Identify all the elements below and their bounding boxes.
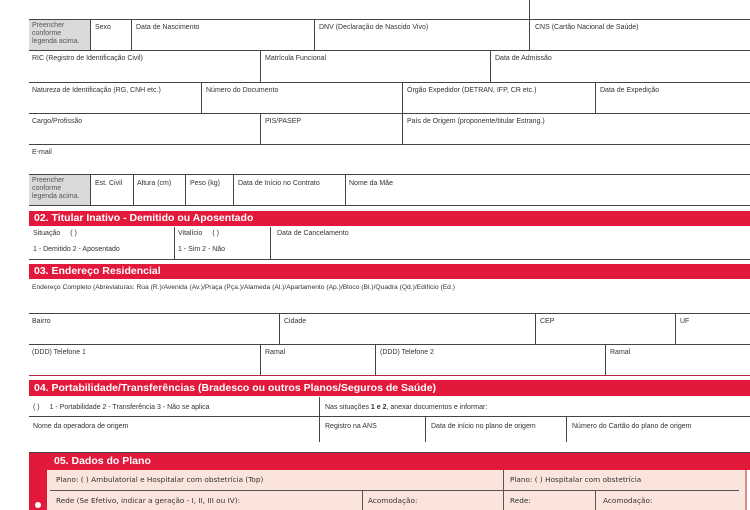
divider xyxy=(279,313,280,344)
divider xyxy=(595,490,596,510)
ramal2-field[interactable]: Ramal xyxy=(610,348,630,357)
divider xyxy=(29,50,750,51)
dnv-field[interactable]: DNV (Declaração de Nascido Vivo) xyxy=(319,23,428,32)
divider xyxy=(233,175,234,205)
situacao-text: Situação xyxy=(33,230,60,237)
divider xyxy=(314,20,315,50)
divider xyxy=(529,20,530,50)
divider xyxy=(402,113,403,144)
divider xyxy=(29,205,750,206)
note-suffix: , anexar documentos e informar: xyxy=(387,404,488,411)
divider xyxy=(595,82,596,113)
acomodacao-hospitalar-field[interactable]: Acomodação: xyxy=(603,496,652,506)
divider xyxy=(402,82,403,113)
numero-documento-field[interactable]: Número do Documento xyxy=(206,86,278,95)
divider xyxy=(133,175,134,205)
divider xyxy=(201,82,202,113)
situacao-checkbox[interactable]: ( ) xyxy=(70,230,77,237)
situacao-label: Situação ( ) xyxy=(33,229,77,238)
divider xyxy=(346,19,750,20)
legend-note-cell: Preencher conforme legenda acima. xyxy=(29,20,90,50)
note-bold: 1 e 2 xyxy=(371,404,387,411)
data-admissao-field[interactable]: Data de Admissão xyxy=(495,54,552,63)
cns-field[interactable]: CNS (Cartão Nacional de Saúde) xyxy=(535,23,639,32)
orgao-expedidor-field[interactable]: Órgão Expedidor (DETRAN, IFP, CR etc.) xyxy=(407,86,536,95)
endereco-completo-field[interactable]: Endereço Completo (Abreviaturas: Rua (R.… xyxy=(32,283,455,292)
data-expedicao-field[interactable]: Data de Expedição xyxy=(600,86,659,95)
divider xyxy=(29,144,750,145)
divider xyxy=(185,175,186,205)
divider xyxy=(50,490,503,491)
nome-operadora-field[interactable]: Nome da operadora de origem xyxy=(33,422,128,431)
divider xyxy=(90,20,91,50)
top-cell-divider xyxy=(529,0,530,19)
divider xyxy=(29,416,750,417)
pis-pasep-field[interactable]: PIS/PASEP xyxy=(265,117,301,126)
divider xyxy=(503,490,739,491)
peso-field[interactable]: Peso (kg) xyxy=(190,179,220,188)
altura-field[interactable]: Altura (cm) xyxy=(137,179,171,188)
portabilidade-options: ( ) 1 - Portabilidade 2 - Transferência … xyxy=(33,403,209,412)
data-cancelamento-field[interactable]: Data de Cancelamento xyxy=(277,229,349,238)
registro-ans-field[interactable]: Registro na ANS xyxy=(325,422,377,431)
section-03-header: 03. Endereço Residencial xyxy=(29,264,750,279)
section-05-right-edge xyxy=(745,470,747,510)
divider xyxy=(535,313,536,344)
vitalicio-checkbox[interactable]: ( ) xyxy=(212,230,219,237)
portabilidade-note: Nas situações 1 e 2, anexar documentos e… xyxy=(325,403,487,412)
vitalicio-text: Vitalício xyxy=(178,230,202,237)
divider xyxy=(260,344,261,375)
data-inicio-contrato-field[interactable]: Data de Início no Contrato xyxy=(238,179,320,188)
divider xyxy=(260,50,261,82)
divider xyxy=(345,175,346,205)
section-05-header: 05. Dados do Plano xyxy=(47,453,750,470)
portabilidade-checkbox[interactable]: ( ) xyxy=(33,404,40,411)
divider xyxy=(29,174,750,175)
legend-note: Preencher conforme legenda acima. xyxy=(29,20,87,48)
cep-field[interactable]: CEP xyxy=(540,317,554,326)
divider xyxy=(29,313,750,314)
plano-hospitalar-option[interactable]: Plano: ( ) Hospitalar com obstetrícia xyxy=(510,475,641,485)
divider xyxy=(319,397,320,442)
divider xyxy=(260,113,261,144)
divider xyxy=(90,175,91,205)
telefone1-field[interactable]: (DDD) Telefone 1 xyxy=(32,348,86,357)
legend-note: Preencher conforme legenda acima. xyxy=(29,175,87,203)
divider xyxy=(566,416,567,442)
cidade-field[interactable]: Cidade xyxy=(284,317,306,326)
divider xyxy=(174,227,175,259)
divider xyxy=(490,50,491,82)
divider xyxy=(675,313,676,344)
divider xyxy=(425,416,426,442)
section-02-header: 02. Titular Inativo - Demitido ou Aposen… xyxy=(29,211,750,226)
divider xyxy=(29,375,750,376)
divider xyxy=(29,344,750,345)
matricula-field[interactable]: Matrícula Funcional xyxy=(265,54,326,63)
ric-field[interactable]: RIC (Registro de Identificação Civil) xyxy=(32,54,143,63)
ramal1-field[interactable]: Ramal xyxy=(265,348,285,357)
plano-top-option[interactable]: Plano: ( ) Ambulatorial e Hospitalar com… xyxy=(56,475,263,485)
data-nascimento-field[interactable]: Data de Nascimento xyxy=(136,23,199,32)
divider xyxy=(29,259,750,260)
divider xyxy=(375,344,376,375)
sexo-field[interactable]: Sexo xyxy=(95,23,111,32)
rede-top-field[interactable]: Rede (Se Efetivo, indicar a geração - I,… xyxy=(56,496,240,506)
natureza-identificacao-field[interactable]: Natureza de Identificação (RG, CNH etc.) xyxy=(32,86,161,95)
nome-mae-field[interactable]: Nome da Mãe xyxy=(349,179,393,188)
uf-field[interactable]: UF xyxy=(680,317,689,326)
email-field[interactable]: E-mail xyxy=(32,148,52,157)
legend-note-cell: Preencher conforme legenda acima. xyxy=(29,175,90,205)
rede-hospitalar-field[interactable]: Rede: xyxy=(510,496,531,506)
divider xyxy=(29,113,750,114)
telefone2-field[interactable]: (DDD) Telefone 2 xyxy=(380,348,434,357)
divider xyxy=(605,344,606,375)
acomodacao-top-field[interactable]: Acomodação: xyxy=(368,496,417,506)
pais-origem-field[interactable]: País de Origem (proponente/titular Estra… xyxy=(407,117,545,126)
divider xyxy=(131,20,132,50)
divider xyxy=(270,227,271,259)
note-prefix: Nas situações xyxy=(325,404,371,411)
divider xyxy=(362,490,363,510)
data-inicio-plano-field[interactable]: Data de início no plano de origem xyxy=(431,422,536,431)
divider xyxy=(29,82,750,83)
section-04-header: 04. Portabilidade/Transferências (Brades… xyxy=(29,380,750,396)
portabilidade-options-text: 1 - Portabilidade 2 - Transferência 3 - … xyxy=(50,404,210,411)
situacao-options: 1 - Demitido 2 - Aposentado xyxy=(33,245,120,254)
vitalicio-options: 1 - Sim 2 - Não xyxy=(178,245,225,254)
cargo-field[interactable]: Cargo/Profissão xyxy=(32,117,82,126)
est-civil-field[interactable]: Est. Civil xyxy=(95,179,122,188)
vitalicio-label: Vitalício ( ) xyxy=(178,229,219,238)
numero-cartao-field[interactable]: Número do Cartão do plano de origem xyxy=(572,422,691,431)
person-icon xyxy=(35,502,41,508)
bairro-field[interactable]: Bairro xyxy=(32,317,51,326)
